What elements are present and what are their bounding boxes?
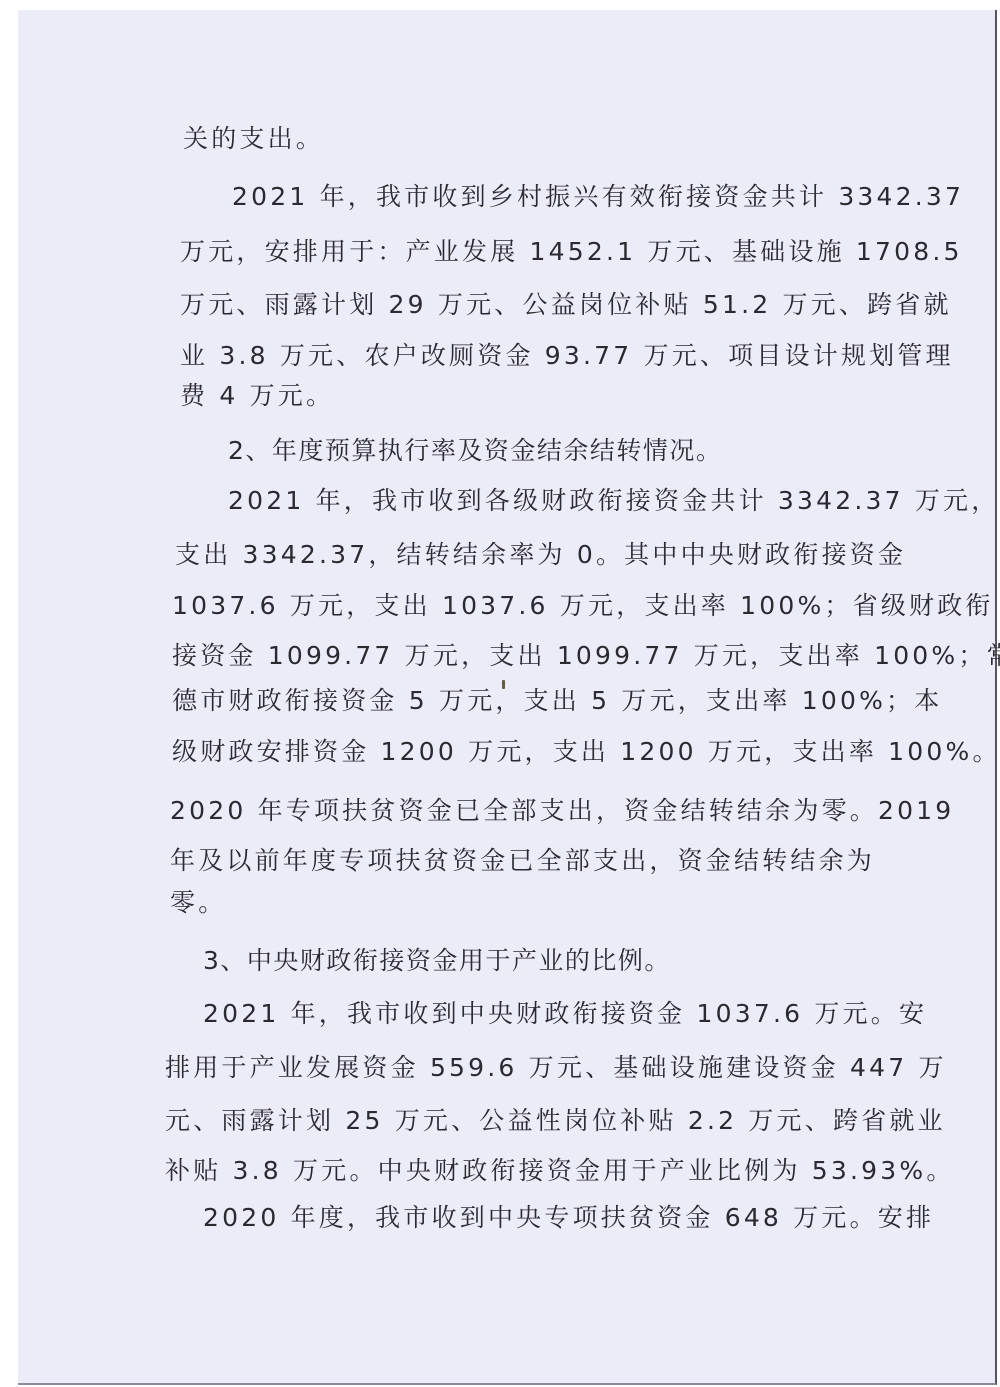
text-line: 零。 xyxy=(170,888,226,918)
text-line: 排用于产业发展资金 559.6 万元、基础设施建设资金 447 万 xyxy=(165,1053,947,1083)
text-line: 2020 年度，我市收到中央专项扶贫资金 648 万元。安排 xyxy=(203,1203,934,1233)
text-line: 支出 3342.37，结转结余率为 0。其中中央财政衔接资金 xyxy=(175,540,906,570)
text-line: 2020 年专项扶贫资金已全部支出，资金结转结余为零。2019 xyxy=(170,796,954,826)
text-line: 2021 年，我市收到中央财政衔接资金 1037.6 万元。安 xyxy=(203,999,927,1029)
text-line: 级财政安排资金 1200 万元，支出 1200 万元，支出率 100%。 xyxy=(172,737,1000,767)
text-line: 费 4 万元。 xyxy=(180,381,334,411)
text-line: 补贴 3.8 万元。中央财政衔接资金用于产业比例为 53.93%。 xyxy=(165,1156,955,1186)
text-line: 接资金 1099.77 万元，支出 1099.77 万元，支出率 100%；常 xyxy=(172,641,1000,671)
text-line: 万元，安排用于：产业发展 1452.1 万元、基础设施 1708.5 xyxy=(180,237,963,267)
text-line: 万元、雨露计划 29 万元、公益岗位补贴 51.2 万元、跨省就 xyxy=(180,290,952,320)
text-line: 元、雨露计划 25 万元、公益性岗位补贴 2.2 万元、跨省就业 xyxy=(165,1106,946,1136)
text-line: 业 3.8 万元、农户改厕资金 93.77 万元、项目设计规划管理 xyxy=(180,341,954,371)
text-line: 2021 年，我市收到各级财政衔接资金共计 3342.37 万元， xyxy=(228,486,999,516)
text-line: 关的支出。 xyxy=(183,124,324,154)
text-line: 德市财政衔接资金 5 万元，支出 5 万元，支出率 100%；本 xyxy=(172,686,942,716)
section-heading: 3、中央财政衔接资金用于产业的比例。 xyxy=(203,946,671,976)
section-heading: 2、年度预算执行率及资金结余结转情况。 xyxy=(228,436,722,466)
text-line: 1037.6 万元，支出 1037.6 万元，支出率 100%；省级财政衔 xyxy=(172,591,994,621)
text-line: 年及以前年度专项扶贫资金已全部支出，资金结转结余为 xyxy=(170,846,875,876)
text-line: 2021 年，我市收到乡村振兴有效衔接资金共计 3342.37 xyxy=(232,182,964,212)
